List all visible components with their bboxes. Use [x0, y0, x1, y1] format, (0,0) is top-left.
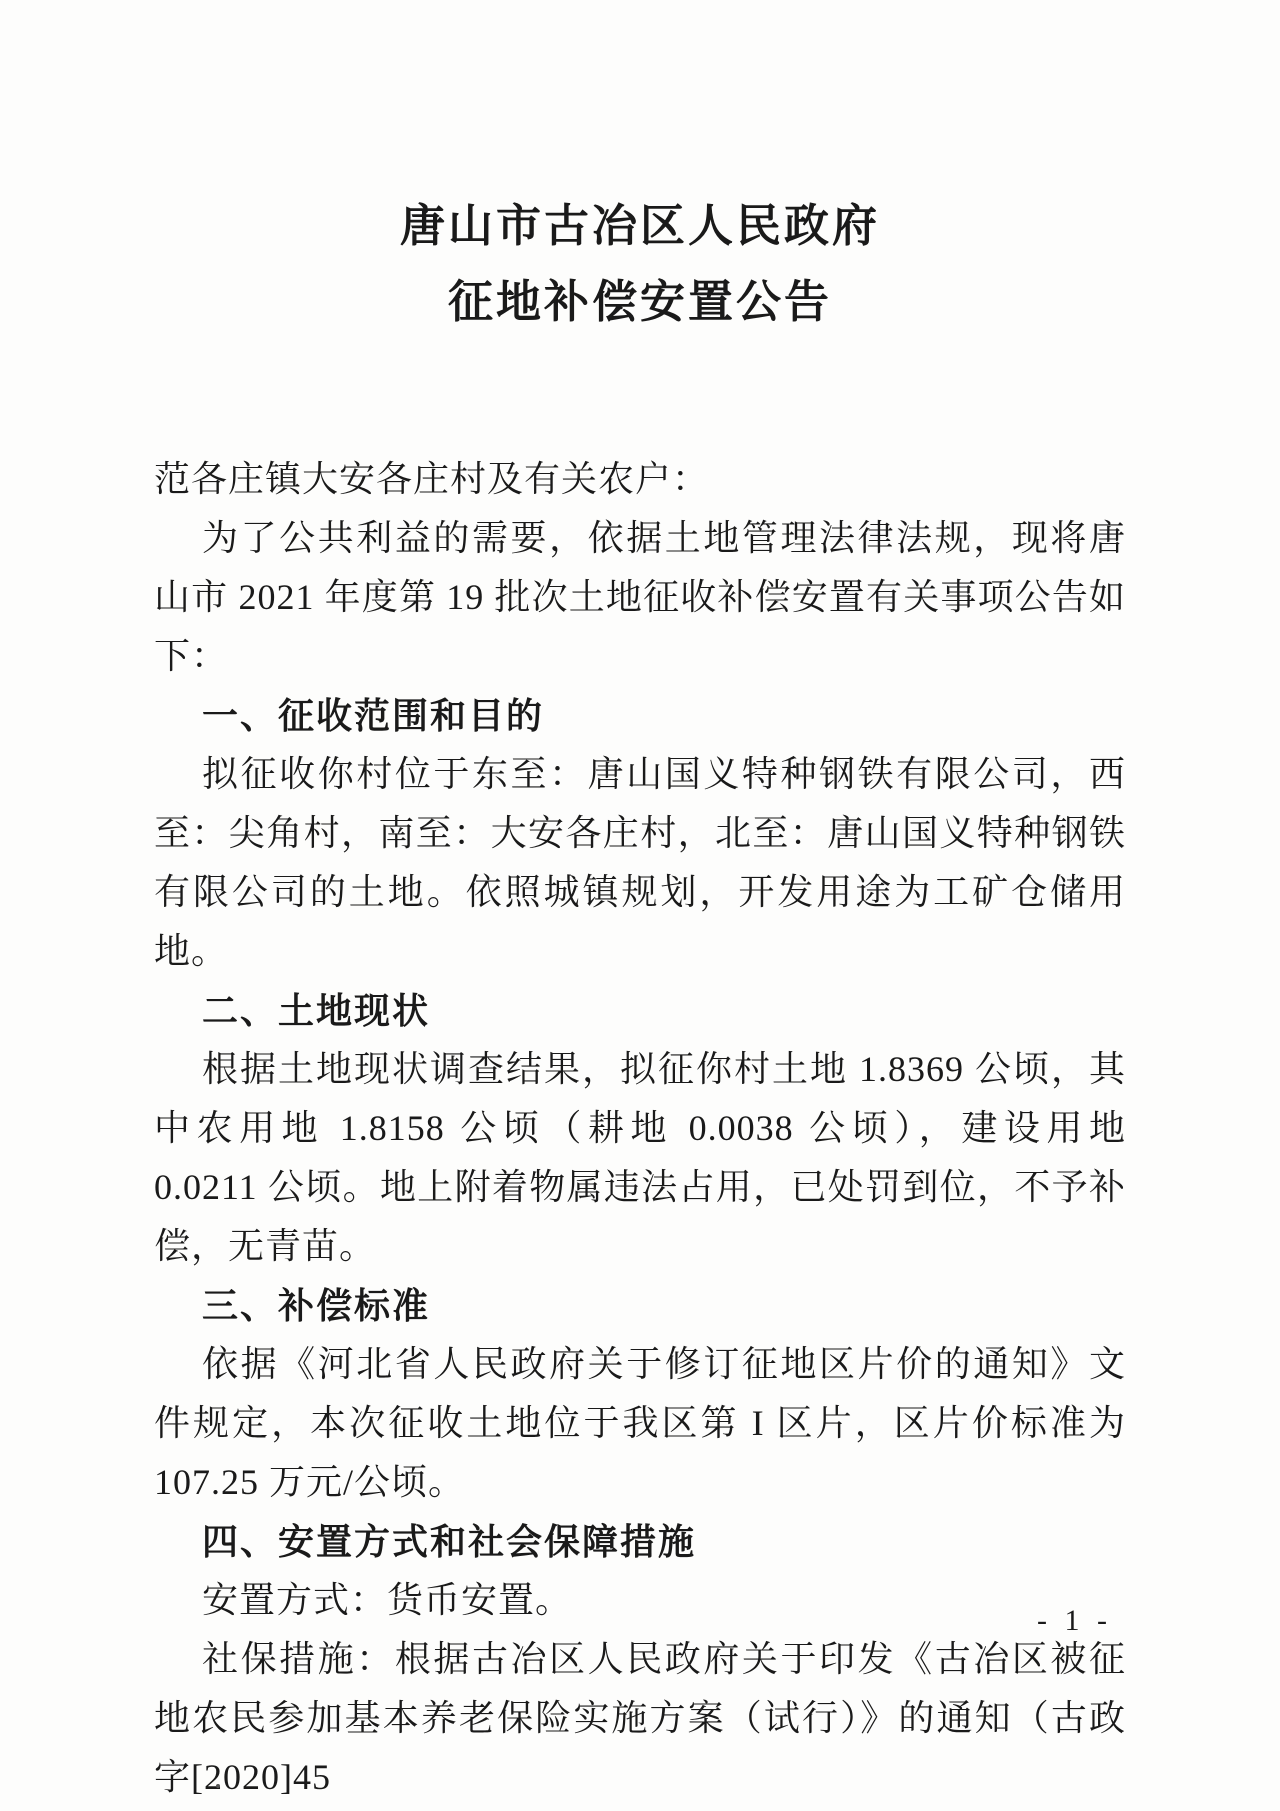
page-number: - 1 -	[1037, 1604, 1112, 1638]
paragraph-resettlement-method: 安置方式：货币安置。	[154, 1571, 1126, 1630]
paragraph-scope: 拟征收你村位于东至：唐山国义特种钢铁有限公司，西至：尖角村，南至：大安各庄村，北…	[154, 745, 1126, 981]
document-title-line-2: 征地补偿安置公告	[0, 264, 1280, 340]
section-heading-land-status: 二、土地现状	[154, 981, 1126, 1040]
paragraph-land-status: 根据土地现状调查结果，拟征你村土地 1.8369 公顷，其中农用地 1.8158…	[154, 1040, 1126, 1276]
salutation-line: 范各庄镇大安各庄村及有关农户：	[154, 450, 1126, 509]
section-heading-compensation-standard: 三、补偿标准	[154, 1276, 1126, 1335]
section-heading-resettlement: 四、安置方式和社会保障措施	[154, 1512, 1126, 1571]
document-title-line-1: 唐山市古冶区人民政府	[0, 188, 1280, 264]
document-page: 唐山市古冶区人民政府 征地补偿安置公告 范各庄镇大安各庄村及有关农户： 为了公共…	[0, 0, 1280, 1811]
paragraph-social-security: 社保措施：根据古冶区人民政府关于印发《古冶区被征地农民参加基本养老保险实施方案（…	[154, 1630, 1126, 1807]
document-title: 唐山市古冶区人民政府 征地补偿安置公告	[0, 0, 1280, 340]
paragraph-compensation-standard: 依据《河北省人民政府关于修订征地区片价的通知》文件规定，本次征收土地位于我区第 …	[154, 1335, 1126, 1512]
document-body: 范各庄镇大安各庄村及有关农户： 为了公共利益的需要，依据土地管理法律法规，现将唐…	[154, 450, 1126, 1807]
scan-speck	[216, 1784, 220, 1788]
paragraph-intro: 为了公共利益的需要，依据土地管理法律法规，现将唐山市 2021 年度第 19 批…	[154, 509, 1126, 686]
section-heading-scope: 一、征收范围和目的	[154, 686, 1126, 745]
